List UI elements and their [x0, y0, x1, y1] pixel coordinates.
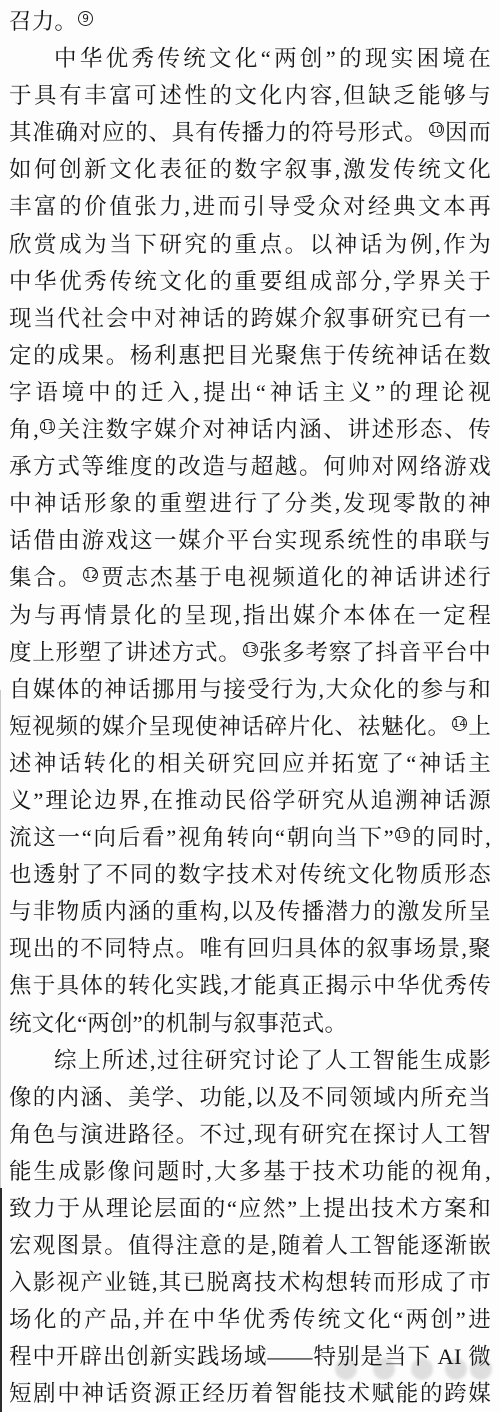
text-line: 召力。9: [9, 3, 491, 40]
text-run: 致力于从理论层面的“应然”上提出技术方案和: [9, 1196, 491, 1221]
text-run: 关注数字媒介对神话内涵、讲述形态、传: [56, 417, 491, 442]
text-run: 集合。: [9, 565, 82, 590]
text-line: 度上形塑了讲述方式。13张多考察了抖音平台中: [9, 634, 491, 671]
text-run: 现当代社会中对神话的跨媒介叙事研究已有一: [9, 306, 491, 331]
text-run: 角,: [9, 417, 39, 442]
text-run: 因而: [445, 120, 492, 145]
text-line: 焦于具体的转化实践,才能真正揭示中华优秀传: [9, 967, 491, 1004]
footnote-marker: 10: [429, 122, 444, 137]
text-line: 中神话形象的重塑进行了分类,发现零散的神: [9, 485, 491, 522]
text-line: 现出的不同特点。唯有回归具体的叙事场景,聚: [9, 930, 491, 967]
footnote-marker: 14: [452, 716, 467, 731]
text-line: 入影视产业链,其已脱离技术构想转而形成了市: [9, 1264, 491, 1301]
text-run: 能生成影像问题时,大多基于技术功能的视角,: [9, 1159, 491, 1184]
scan-edge-artifact-faint: [0, 690, 1, 1190]
text-line: 也透射了不同的数字技术对传统文化物质形态: [9, 856, 491, 893]
text-run: 宏观图景。值得注意的是,随着人工智能逐渐嵌: [9, 1233, 491, 1258]
text-line: 集合。12贾志杰基于电视频道化的神话讲述行: [9, 559, 491, 596]
text-run: 像的内涵、美学、功能,以及不同领域内所充当的: [9, 1085, 491, 1116]
text-line: 宏观图景。值得注意的是,随着人工智能逐渐嵌: [9, 1227, 491, 1264]
text-line: 致力于从理论层面的“应然”上提出技术方案和: [9, 1190, 491, 1227]
text-line: 综上所述,过往研究讨论了人工智能生成影: [9, 1042, 491, 1079]
text-run: 中华优秀传统文化的重要组成部分,学界关于: [9, 269, 491, 294]
text-run: 统文化“两创”的机制与叙事范式。: [9, 1011, 347, 1036]
text-line: 角,11关注数字媒介对神话内涵、讲述形态、传: [9, 411, 491, 448]
text-run: 中神话形象的重塑进行了分类,发现零散的神: [9, 491, 491, 516]
text-line: 为与再情景化的呈现,指出媒介本体在一定程: [9, 597, 491, 634]
text-run: 为与再情景化的呈现,指出媒介本体在一定程: [9, 603, 491, 628]
text-line: 中华优秀传统文化“两创”的现实困境在: [9, 40, 491, 77]
text-run: 也透射了不同的数字技术对传统文化物质形态: [9, 862, 491, 887]
text-line: 角色与演进路径。不过,现有研究在探讨人工智: [9, 1116, 491, 1153]
text-run: 度上形塑了讲述方式。: [9, 640, 242, 665]
text-line: 程中开辟出创新实践场域——特别是当下 AI 微: [9, 1338, 491, 1375]
footnote-marker: 12: [83, 567, 98, 582]
text-run: 张多考察了抖音平台中: [259, 640, 492, 665]
text-run: 角色与演进路径。不过,现有研究在探讨人工智: [9, 1122, 491, 1147]
text-run: 场化的产品,并在中华优秀传统文化“两创”进: [9, 1307, 491, 1332]
text-line: 短视频的媒介呈现使神话碎片化、祛魅化。14上: [9, 708, 491, 745]
text-line: 如何创新文化表征的数字叙事,激发传统文化: [9, 151, 491, 188]
text-line: 短剧中神话资源正经历着智能技术赋能的跨媒: [9, 1375, 491, 1412]
article-text-column: 召力。9中华优秀传统文化“两创”的现实困境在于具有丰富可述性的文化内容,但缺乏能…: [9, 3, 491, 1412]
text-line: 话借由游戏这一媒介平台实现系统性的串联与: [9, 522, 491, 559]
text-line: 能生成影像问题时,大多基于技术功能的视角,: [9, 1153, 491, 1190]
text-run: 话借由游戏这一媒介平台实现系统性的串联与: [9, 528, 491, 553]
text-run: 如何创新文化表征的数字叙事,激发传统文化: [9, 157, 491, 182]
text-run: 现出的不同特点。唯有回归具体的叙事场景,聚: [9, 936, 491, 961]
text-run: 义”理论边界,在推动民俗学研究从追溯神话源: [9, 788, 491, 813]
text-line: 像的内涵、美学、功能,以及不同领域内所充当的: [9, 1079, 491, 1116]
text-line: 承方式等维度的改造与超越。何帅对网络游戏: [9, 448, 491, 485]
text-line: 欣赏成为当下研究的重点。以神话为例,作为: [9, 226, 491, 263]
text-line: 场化的产品,并在中华优秀传统文化“两创”进: [9, 1301, 491, 1338]
text-run: 中华优秀传统文化“两创”的现实困境在: [54, 46, 491, 71]
text-run: 的同时,: [411, 825, 491, 850]
text-line: 现当代社会中对神话的跨媒介叙事研究已有一: [9, 300, 491, 337]
text-run: 于具有丰富可述性的文化内容,但缺乏能够与: [9, 83, 491, 108]
text-run: 述神话转化的相关研究回应并拓宽了“神话主: [9, 751, 491, 776]
text-line: 中华优秀传统文化的重要组成部分,学界关于: [9, 263, 491, 300]
footnote-marker: 13: [243, 642, 258, 657]
footnote-marker: 15: [395, 827, 410, 842]
text-run: 综上所述,过往研究讨论了人工智能生成影: [54, 1048, 491, 1073]
text-run: 自媒体的神话挪用与接受行为,大众化的参与和: [9, 677, 491, 702]
text-line: 其准确对应的、具有传播力的符号形式。10因而: [9, 114, 491, 151]
text-line: 于具有丰富可述性的文化内容,但缺乏能够与: [9, 77, 491, 114]
text-run: 欣赏成为当下研究的重点。以神话为例,作为: [9, 232, 491, 257]
footnote-marker: 9: [78, 11, 93, 26]
text-line: 定的成果。杨利惠把目光聚焦于传统神话在数: [9, 337, 491, 374]
text-line: 字语境中的迁入,提出“神话主义”的理论视: [9, 374, 491, 411]
text-run: 入影视产业链,其已脱离技术构想转而形成了市: [9, 1270, 491, 1295]
text-run: 承方式等维度的改造与超越。何帅对网络游戏: [9, 454, 491, 479]
text-run: 上: [468, 714, 491, 739]
footnote-marker: 11: [40, 419, 55, 434]
text-run: 召力。: [9, 9, 77, 34]
text-run: 字语境中的迁入,提出“神话主义”的理论视: [9, 380, 491, 405]
text-run: 定的成果。杨利惠把目光聚焦于传统神话在数: [9, 343, 491, 368]
text-run: 焦于具体的转化实践,才能真正揭示中华优秀传: [9, 973, 491, 998]
text-line: 义”理论边界,在推动民俗学研究从追溯神话源: [9, 782, 491, 819]
scanned-paper-page: 召力。9中华优秀传统文化“两创”的现实困境在于具有丰富可述性的文化内容,但缺乏能…: [0, 0, 500, 1412]
text-run: 贾志杰基于电视频道化的神话讲述行: [99, 565, 491, 590]
text-run: 丰富的价值张力,进而引导受众对经典文本再: [9, 194, 491, 219]
text-run: 短视频的媒介呈现使神话碎片化、祛魅化。: [9, 714, 451, 739]
text-run: 程中开辟出创新实践场域——特别是当下 AI 微: [9, 1344, 491, 1369]
text-line: 统文化“两创”的机制与叙事范式。: [9, 1005, 491, 1042]
text-line: 自媒体的神话挪用与接受行为,大众化的参与和: [9, 671, 491, 708]
scan-edge-artifact-dark: [0, 1188, 2, 1412]
text-line: 丰富的价值张力,进而引导受众对经典文本再: [9, 188, 491, 225]
text-line: 述神话转化的相关研究回应并拓宽了“神话主: [9, 745, 491, 782]
text-run: 短剧中神话资源正经历着智能技术赋能的跨媒: [9, 1381, 491, 1406]
text-run: 与非物质内涵的重构,以及传播潜力的激发所呈: [9, 899, 491, 924]
text-line: 流这一“向后看”视角转向“朝向当下”15的同时,: [9, 819, 491, 856]
text-run: 其准确对应的、具有传播力的符号形式。: [9, 120, 428, 145]
text-run: 流这一“向后看”视角转向“朝向当下”: [9, 825, 394, 850]
text-line: 与非物质内涵的重构,以及传播潜力的激发所呈: [9, 893, 491, 930]
